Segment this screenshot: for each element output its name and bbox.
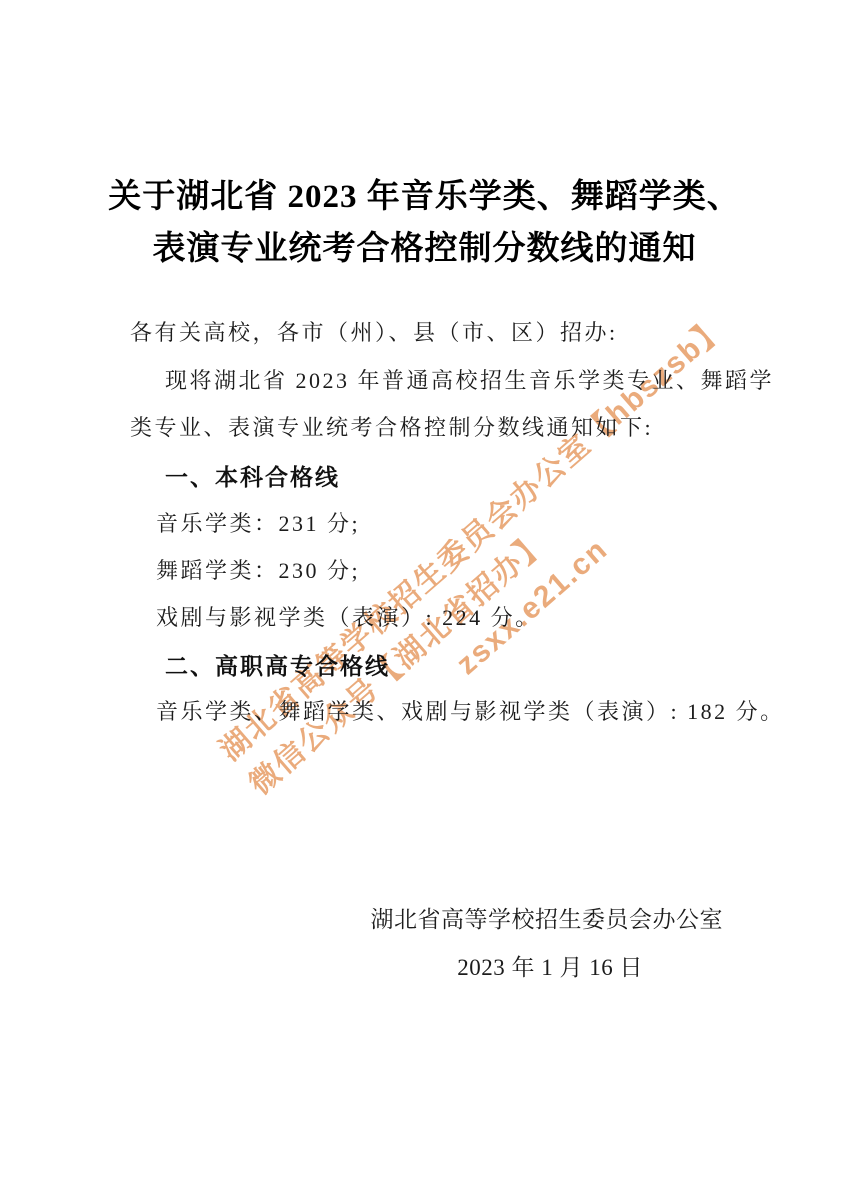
notice-document-page: 湖北省高等学校招生委员会办公室【hbszsb】 微信公众号【湖北省招办】 zsx… xyxy=(0,0,849,1200)
section-heading-vocational: 二、高职高专合格线 xyxy=(165,648,390,681)
intro-paragraph-line-1: 现将湖北省 2023 年普通高校招生音乐学类专业、舞蹈学 xyxy=(165,364,774,395)
issue-date: 2023 年 1 月 16 日 xyxy=(457,949,643,982)
document-title-line-1: 关于湖北省 2023 年音乐学类、舞蹈学类、 xyxy=(0,170,849,217)
issuing-office-signature: 湖北省高等学校招生委员会办公室 xyxy=(371,901,724,934)
salutation-line: 各有关高校，各市（州）、县（市、区）招办: xyxy=(130,316,618,347)
score-line-vocational-all: 音乐学类、舞蹈学类、戏剧与影视学类（表演）: 182 分。 xyxy=(156,695,785,726)
section-heading-undergraduate: 一、本科合格线 xyxy=(165,459,340,492)
document-title-line-2: 表演专业统考合格控制分数线的通知 xyxy=(0,222,849,269)
score-line-music: 音乐学类：231 分; xyxy=(156,507,360,538)
intro-paragraph-line-2: 类专业、表演专业统考合格控制分数线通知如下: xyxy=(130,411,653,442)
score-line-dance: 舞蹈学类：230 分; xyxy=(156,554,360,585)
score-line-drama-performance: 戏剧与影视学类（表演）: 224 分。 xyxy=(156,601,540,632)
